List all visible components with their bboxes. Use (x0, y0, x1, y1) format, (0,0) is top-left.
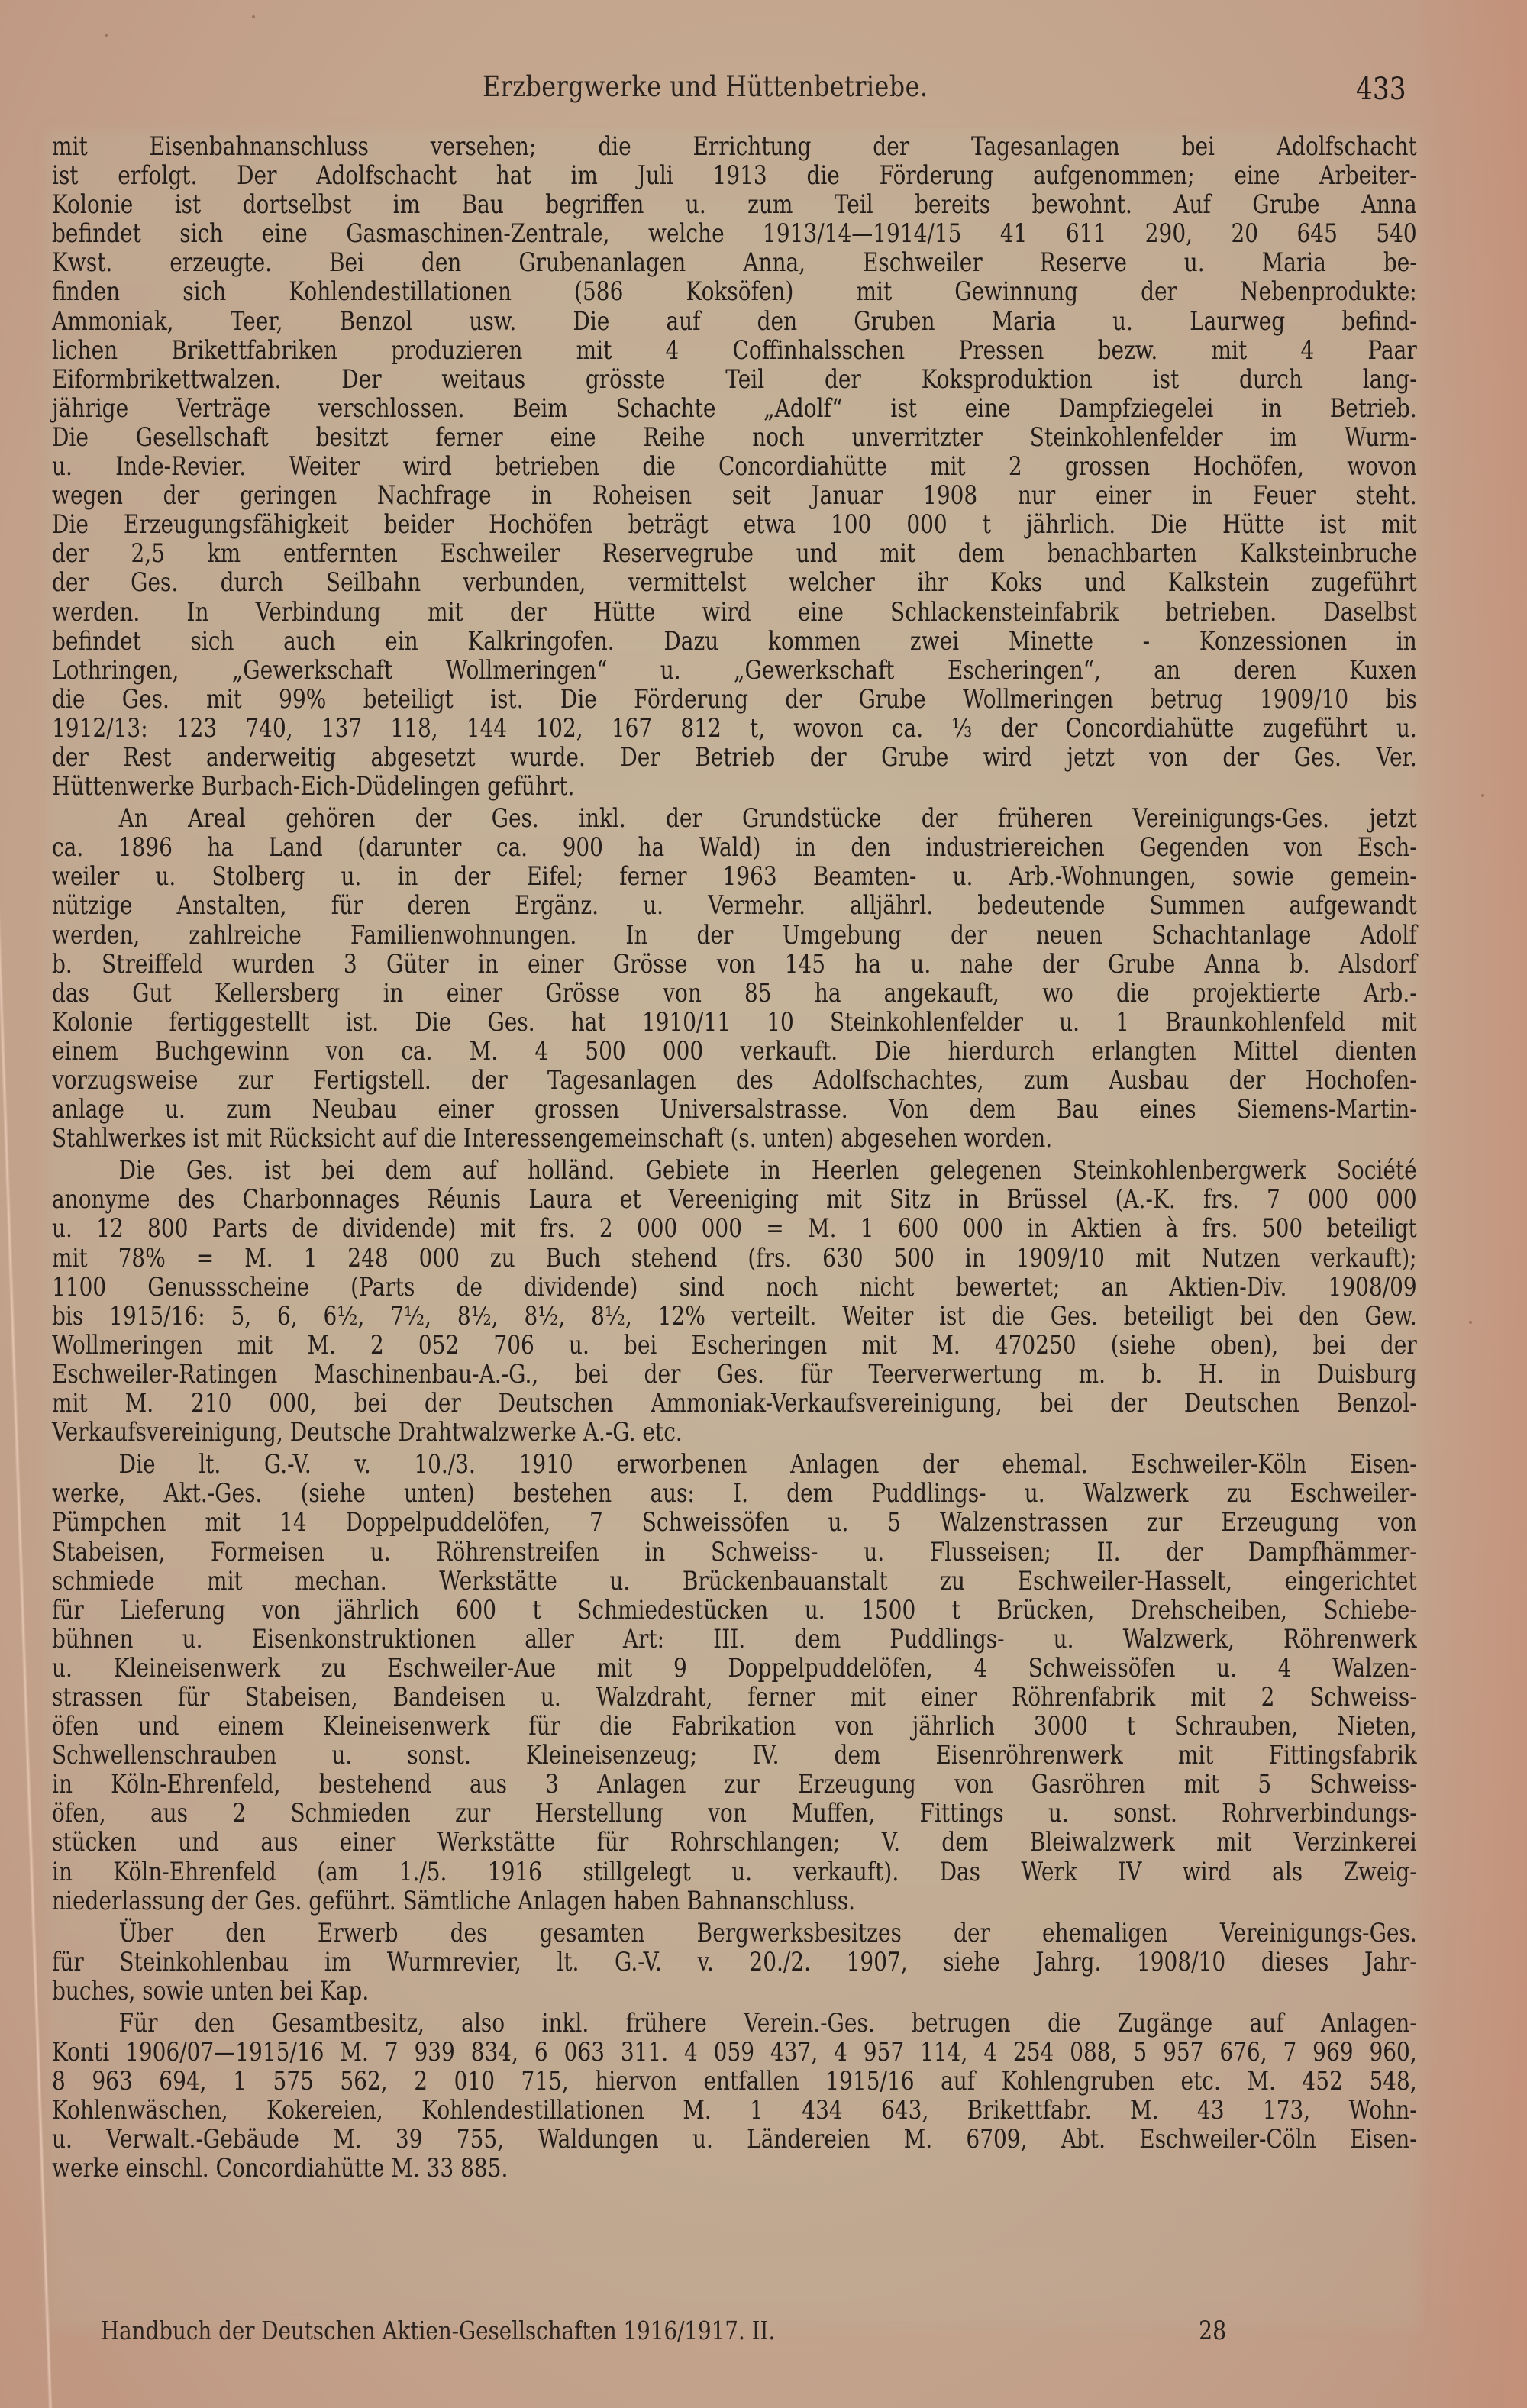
paper-speck (105, 34, 108, 37)
line-text: Über den Erwerb des gesamten Bergwerksbe… (52, 1919, 1417, 1948)
line-text: Hüttenwerke Burbach-Eich-Düdelingen gefü… (52, 772, 1417, 801)
text-line: Pümpchen mit 14 Doppelpuddelöfen, 7 Schw… (52, 1508, 1417, 1537)
text-line: Hüttenwerke Burbach-Eich-Düdelingen gefü… (52, 772, 1417, 801)
text-line: u. Kleineisenwerk zu Eschweiler-Aue mit … (52, 1654, 1417, 1683)
text-line: befindet sich eine Gasmaschinen-Zentrale… (52, 219, 1417, 248)
page-edge-shade (1405, 0, 1527, 2408)
line-text: wegen der geringen Nachfrage in Roheisen… (52, 481, 1417, 510)
line-text: 1100 Genussscheine (Parts de dividende) … (52, 1273, 1417, 1302)
text-line: Kohlenwäschen, Kokereien, Kohlendestilla… (52, 2096, 1417, 2125)
line-text: Kohlenwäschen, Kokereien, Kohlendestilla… (52, 2096, 1417, 2125)
text-line: werden. In Verbindung mit der Hütte wird… (52, 598, 1417, 627)
text-line: u. Inde-Revier. Weiter wird betrieben di… (52, 452, 1417, 481)
text-line: Verkaufsvereinigung, Deutsche Drahtwalzw… (52, 1418, 1417, 1447)
text-line: in Köln-Ehrenfeld, bestehend aus 3 Anlag… (52, 1770, 1417, 1799)
line-text: Kwst. erzeugte. Bei den Grubenanlagen An… (52, 248, 1417, 277)
line-text: u. 12 800 Parts de dividende) mit frs. 2… (52, 1214, 1417, 1243)
line-text: An Areal gehören der Ges. inkl. der Grun… (52, 804, 1417, 833)
text-line: Die Ges. ist bei dem auf holländ. Gebiet… (52, 1156, 1417, 1185)
line-text: anlage u. zum Neubau einer grossen Unive… (52, 1095, 1417, 1124)
line-text: buches, sowie unten bei Kap. (52, 1977, 1417, 2006)
text-line: wegen der geringen Nachfrage in Roheisen… (52, 481, 1417, 510)
text-line: öfen, aus 2 Schmieden zur Herstellung vo… (52, 1799, 1417, 1828)
line-text: Ammoniak, Teer, Benzol usw. Die auf den … (52, 307, 1417, 336)
line-text: u. Kleineisenwerk zu Eschweiler-Aue mit … (52, 1654, 1417, 1683)
text-line: die Ges. mit 99% beteiligt ist. Die Förd… (52, 685, 1417, 714)
text-line: einem Buchgewinn von ca. M. 4 500 000 ve… (52, 1037, 1417, 1066)
text-line: werke, Akt.-Ges. (siehe unten) bestehen … (52, 1479, 1417, 1508)
line-text: mit Eisenbahnanschluss versehen; die Err… (52, 132, 1417, 161)
line-text: Für den Gesamtbesitz, also inkl. frühere… (52, 2009, 1417, 2038)
text-line: Konti 1906/07—1915/16 M. 7 939 834, 6 06… (52, 2038, 1417, 2067)
line-text: Kolonie fertiggestellt ist. Die Ges. hat… (52, 1008, 1417, 1037)
book-page: Erzbergwerke und Hüttenbetriebe. 433 mit… (0, 0, 1527, 2408)
text-line: für Lieferung von jährlich 600 t Schmied… (52, 1596, 1417, 1625)
text-line: Ammoniak, Teer, Benzol usw. Die auf den … (52, 307, 1417, 336)
page-crease (0, 0, 53, 2408)
line-text: Stahlwerkes ist mit Rücksicht auf die In… (52, 1124, 1417, 1153)
line-text: mit M. 210 000, bei der Deutschen Ammoni… (52, 1389, 1417, 1418)
line-text: Die Ges. ist bei dem auf holländ. Gebiet… (52, 1156, 1417, 1185)
text-line: lichen Brikettfabriken produzieren mit 4… (52, 336, 1417, 365)
text-line: Wollmeringen mit M. 2 052 706 u. bei Esc… (52, 1331, 1417, 1360)
publication-title: Handbuch der Deutschen Aktien-Gesellscha… (101, 2316, 775, 2345)
text-line: Die Gesellschaft besitzt ferner eine Rei… (52, 423, 1417, 452)
paragraph: mit Eisenbahnanschluss versehen; die Err… (52, 132, 1417, 801)
text-line: b. Streiffeld wurden 3 Güter in einer Gr… (52, 950, 1417, 979)
text-line: anonyme des Charbonnages Réunis Laura et… (52, 1185, 1417, 1214)
line-text: 8 963 694, 1 575 562, 2 010 715, hiervon… (52, 2067, 1417, 2096)
text-line: ist erfolgt. Der Adolfschacht hat im Jul… (52, 161, 1417, 190)
line-text: schmiede mit mechan. Werkstätte u. Brück… (52, 1567, 1417, 1596)
line-text: Lothringen, „Gewerkschaft Wollmeringen“ … (52, 656, 1417, 685)
line-text: Schwellenschrauben u. sonst. Kleineisenz… (52, 1741, 1417, 1770)
line-text: das Gut Kellersberg in einer Grösse von … (52, 979, 1417, 1008)
line-text: Stabeisen, Formeisen u. Röhrenstreifen i… (52, 1538, 1417, 1567)
text-line: anlage u. zum Neubau einer grossen Unive… (52, 1095, 1417, 1124)
text-line: schmiede mit mechan. Werkstätte u. Brück… (52, 1567, 1417, 1596)
text-line: öfen und einem Kleineisenwerk für die Fa… (52, 1712, 1417, 1741)
line-text: Die lt. G.-V. v. 10./3. 1910 erworbenen … (52, 1450, 1417, 1479)
paragraph: An Areal gehören der Ges. inkl. der Grun… (52, 804, 1417, 1153)
line-text: bühnen u. Eisenkonstruktionen aller Art:… (52, 1625, 1417, 1654)
text-line: in Köln-Ehrenfeld (am 1./5. 1916 stillge… (52, 1858, 1417, 1887)
line-text: Pümpchen mit 14 Doppelpuddelöfen, 7 Schw… (52, 1508, 1417, 1537)
page-header: Erzbergwerke und Hüttenbetriebe. 433 (0, 70, 1527, 116)
paragraph: Für den Gesamtbesitz, also inkl. frühere… (52, 2009, 1417, 2184)
text-line: Kwst. erzeugte. Bei den Grubenanlagen An… (52, 248, 1417, 277)
text-line: 1912/13: 123 740, 137 118, 144 102, 167 … (52, 714, 1417, 743)
text-line: Eiformbrikettwalzen. Der weitaus grösste… (52, 365, 1417, 394)
line-text: niederlassung der Ges. geführt. Sämtlich… (52, 1887, 1417, 1916)
text-line: das Gut Kellersberg in einer Grösse von … (52, 979, 1417, 1008)
line-text: Die Erzeugungsfähigkeit beider Hochöfen … (52, 510, 1417, 539)
line-text: befindet sich eine Gasmaschinen-Zentrale… (52, 219, 1417, 248)
line-text: der Rest anderweitig abgesetzt wurde. De… (52, 743, 1417, 772)
line-text: ca. 1896 ha Land (darunter ca. 900 ha Wa… (52, 833, 1417, 862)
text-line: Stabeisen, Formeisen u. Röhrenstreifen i… (52, 1538, 1417, 1567)
paper-speck (252, 15, 255, 18)
line-text: Wollmeringen mit M. 2 052 706 u. bei Esc… (52, 1331, 1417, 1360)
text-line: bis 1915/16: 5, 6, 6½, 7½, 8½, 8½, 8½, 1… (52, 1302, 1417, 1331)
line-text: für Steinkohlenbau im Wurmrevier, lt. G.… (52, 1948, 1417, 1977)
line-text: ist erfolgt. Der Adolfschacht hat im Jul… (52, 161, 1417, 190)
line-text: finden sich Kohlendestillationen (586 Ko… (52, 277, 1417, 306)
line-text: b. Streiffeld wurden 3 Güter in einer Gr… (52, 950, 1417, 979)
text-line: bühnen u. Eisenkonstruktionen aller Art:… (52, 1625, 1417, 1654)
page-footer: Handbuch der Deutschen Aktien-Gesellscha… (101, 2316, 1399, 2354)
line-text: Kolonie ist dortselbst im Bau begriffen … (52, 190, 1417, 219)
text-line: Die Erzeugungsfähigkeit beider Hochöfen … (52, 510, 1417, 539)
text-line: Über den Erwerb des gesamten Bergwerksbe… (52, 1919, 1417, 1948)
text-line: weiler u. Stolberg u. in der Eifel; fern… (52, 862, 1417, 891)
line-text: mit 78% = M. 1 248 000 zu Buch stehend (… (52, 1244, 1417, 1273)
running-title: Erzbergwerke und Hüttenbetriebe. (483, 70, 928, 103)
line-text: Eschweiler-Ratingen Maschinenbau-A.-G., … (52, 1360, 1417, 1389)
line-text: u. Inde-Revier. Weiter wird betrieben di… (52, 452, 1417, 481)
text-line: ca. 1896 ha Land (darunter ca. 900 ha Wa… (52, 833, 1417, 862)
line-text: vorzugsweise zur Fertigstell. der Tagesa… (52, 1066, 1417, 1095)
text-line: Stahlwerkes ist mit Rücksicht auf die In… (52, 1124, 1417, 1153)
paragraph: Die Ges. ist bei dem auf holländ. Gebiet… (52, 1156, 1417, 1447)
line-text: befindet sich auch ein Kalkringofen. Daz… (52, 627, 1417, 656)
line-text: bis 1915/16: 5, 6, 6½, 7½, 8½, 8½, 8½, 1… (52, 1302, 1417, 1331)
text-line: der 2,5 km entfernten Eschweiler Reserve… (52, 539, 1417, 568)
paper-speck (1481, 794, 1484, 797)
text-line: für Steinkohlenbau im Wurmrevier, lt. G.… (52, 1948, 1417, 1977)
text-line: vorzugsweise zur Fertigstell. der Tagesa… (52, 1066, 1417, 1095)
line-text: lichen Brikettfabriken produzieren mit 4… (52, 336, 1417, 365)
text-line: Eschweiler-Ratingen Maschinenbau-A.-G., … (52, 1360, 1417, 1389)
text-line: der Ges. durch Seilbahn verbunden, vermi… (52, 568, 1417, 597)
line-text: u. Verwalt.-Gebäude M. 39 755, Waldungen… (52, 2125, 1417, 2154)
line-text: in Köln-Ehrenfeld (am 1./5. 1916 stillge… (52, 1858, 1417, 1887)
text-line: An Areal gehören der Ges. inkl. der Grun… (52, 804, 1417, 833)
text-line: nützige Anstalten, für deren Ergänz. u. … (52, 891, 1417, 920)
line-text: Konti 1906/07—1915/16 M. 7 939 834, 6 06… (52, 2038, 1417, 2067)
text-line: u. 12 800 Parts de dividende) mit frs. 2… (52, 1214, 1417, 1243)
line-text: öfen, aus 2 Schmieden zur Herstellung vo… (52, 1799, 1417, 1828)
line-text: weiler u. Stolberg u. in der Eifel; fern… (52, 862, 1417, 891)
text-line: strassen für Stabeisen, Bandeisen u. Wal… (52, 1683, 1417, 1712)
line-text: für Lieferung von jährlich 600 t Schmied… (52, 1596, 1417, 1625)
text-line: werden, zahlreiche Familienwohnungen. In… (52, 921, 1417, 950)
text-line: mit 78% = M. 1 248 000 zu Buch stehend (… (52, 1244, 1417, 1273)
text-line: jährige Verträge verschlossen. Beim Scha… (52, 394, 1417, 423)
paper-speck (1469, 1321, 1472, 1324)
text-line: werke einschl. Concordiahütte M. 33 885. (52, 2154, 1417, 2183)
line-text: 1912/13: 123 740, 137 118, 144 102, 167 … (52, 714, 1417, 743)
line-text: der 2,5 km entfernten Eschweiler Reserve… (52, 539, 1417, 568)
signature-mark: 28 (1199, 2316, 1226, 2346)
line-text: jährige Verträge verschlossen. Beim Scha… (52, 394, 1417, 423)
text-line: Kolonie ist dortselbst im Bau begriffen … (52, 190, 1417, 219)
text-line: niederlassung der Ges. geführt. Sämtlich… (52, 1887, 1417, 1916)
text-line: Die lt. G.-V. v. 10./3. 1910 erworbenen … (52, 1450, 1417, 1479)
text-line: 8 963 694, 1 575 562, 2 010 715, hiervon… (52, 2067, 1417, 2096)
text-line: 1100 Genussscheine (Parts de dividende) … (52, 1273, 1417, 1302)
text-line: befindet sich auch ein Kalkringofen. Daz… (52, 627, 1417, 656)
line-text: einem Buchgewinn von ca. M. 4 500 000 ve… (52, 1037, 1417, 1066)
text-line: Für den Gesamtbesitz, also inkl. frühere… (52, 2009, 1417, 2038)
paragraph: Über den Erwerb des gesamten Bergwerksbe… (52, 1919, 1417, 2006)
text-line: Schwellenschrauben u. sonst. Kleineisenz… (52, 1741, 1417, 1770)
page-number: 433 (1356, 72, 1406, 107)
paragraph: Die lt. G.-V. v. 10./3. 1910 erworbenen … (52, 1450, 1417, 1916)
body-text: mit Eisenbahnanschluss versehen; die Err… (52, 132, 1417, 2184)
line-text: werden, zahlreiche Familienwohnungen. In… (52, 921, 1417, 950)
line-text: die Ges. mit 99% beteiligt ist. Die Förd… (52, 685, 1417, 714)
text-line: Lothringen, „Gewerkschaft Wollmeringen“ … (52, 656, 1417, 685)
line-text: Verkaufsvereinigung, Deutsche Drahtwalzw… (52, 1418, 1417, 1447)
line-text: nützige Anstalten, für deren Ergänz. u. … (52, 891, 1417, 920)
line-text: Die Gesellschaft besitzt ferner eine Rei… (52, 423, 1417, 452)
line-text: werke einschl. Concordiahütte M. 33 885. (52, 2154, 1417, 2183)
line-text: anonyme des Charbonnages Réunis Laura et… (52, 1185, 1417, 1214)
text-line: der Rest anderweitig abgesetzt wurde. De… (52, 743, 1417, 772)
text-line: mit Eisenbahnanschluss versehen; die Err… (52, 132, 1417, 161)
text-line: Kolonie fertiggestellt ist. Die Ges. hat… (52, 1008, 1417, 1037)
text-line: mit M. 210 000, bei der Deutschen Ammoni… (52, 1389, 1417, 1418)
text-line: stücken und aus einer Werkstätte für Roh… (52, 1828, 1417, 1857)
line-text: Eiformbrikettwalzen. Der weitaus grösste… (52, 365, 1417, 394)
line-text: der Ges. durch Seilbahn verbunden, vermi… (52, 568, 1417, 597)
line-text: strassen für Stabeisen, Bandeisen u. Wal… (52, 1683, 1417, 1712)
line-text: werke, Akt.-Ges. (siehe unten) bestehen … (52, 1479, 1417, 1508)
line-text: werden. In Verbindung mit der Hütte wird… (52, 598, 1417, 627)
text-line: buches, sowie unten bei Kap. (52, 1977, 1417, 2006)
line-text: in Köln-Ehrenfeld, bestehend aus 3 Anlag… (52, 1770, 1417, 1799)
text-line: finden sich Kohlendestillationen (586 Ko… (52, 277, 1417, 306)
text-line: u. Verwalt.-Gebäude M. 39 755, Waldungen… (52, 2125, 1417, 2154)
line-text: stücken und aus einer Werkstätte für Roh… (52, 1828, 1417, 1857)
line-text: öfen und einem Kleineisenwerk für die Fa… (52, 1712, 1417, 1741)
